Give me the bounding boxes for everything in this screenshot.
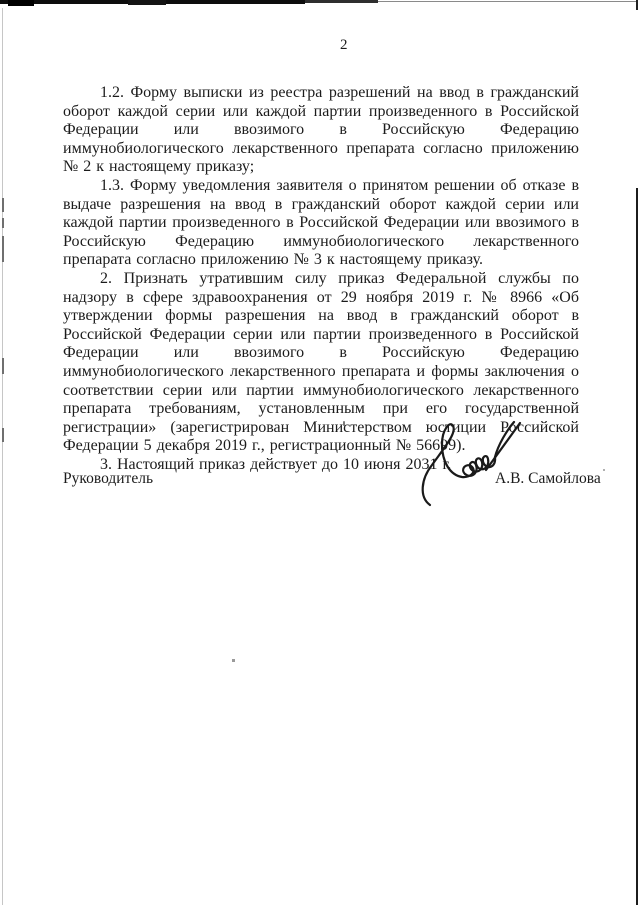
signatory-title: Руководитель [63, 470, 153, 488]
handwritten-signature-icon [416, 417, 548, 509]
scan-artifact-top-bar [0, 0, 305, 4]
scan-artifact-left-dash [2, 198, 4, 212]
scan-artifact-left-dash [2, 428, 4, 442]
document-page: 2 1.2. Форму выписки из реестра разрешен… [0, 0, 640, 905]
scan-artifact-left-dash [2, 358, 4, 374]
page-number: 2 [340, 37, 348, 54]
scan-artifact-left-dash [2, 236, 4, 262]
scan-artifact-top-bar-2 [305, 0, 378, 3]
scan-artifact-left-hairline [2, 8, 3, 905]
scan-artifact-speck [603, 469, 605, 471]
scan-artifact-top-blob [8, 0, 34, 6]
signatory-name: А.В. Самойлова [495, 470, 601, 488]
scan-artifact-top-hairline [378, 1, 638, 2]
scan-artifact-right-edge-line [636, 188, 638, 905]
scan-artifact-speck [232, 659, 235, 662]
scan-artifact-left-dash [2, 218, 4, 228]
scan-artifact-top-blob-2 [128, 0, 166, 5]
paragraph-1-2: 1.2. Форму выписки из реестра разрешений… [63, 84, 579, 177]
paragraph-1-3: 1.3. Форму уведомления заявителя о приня… [63, 177, 579, 270]
document-body: 1.2. Форму выписки из реестра разрешений… [63, 84, 579, 474]
scan-artifact-right-tick [636, 0, 638, 10]
